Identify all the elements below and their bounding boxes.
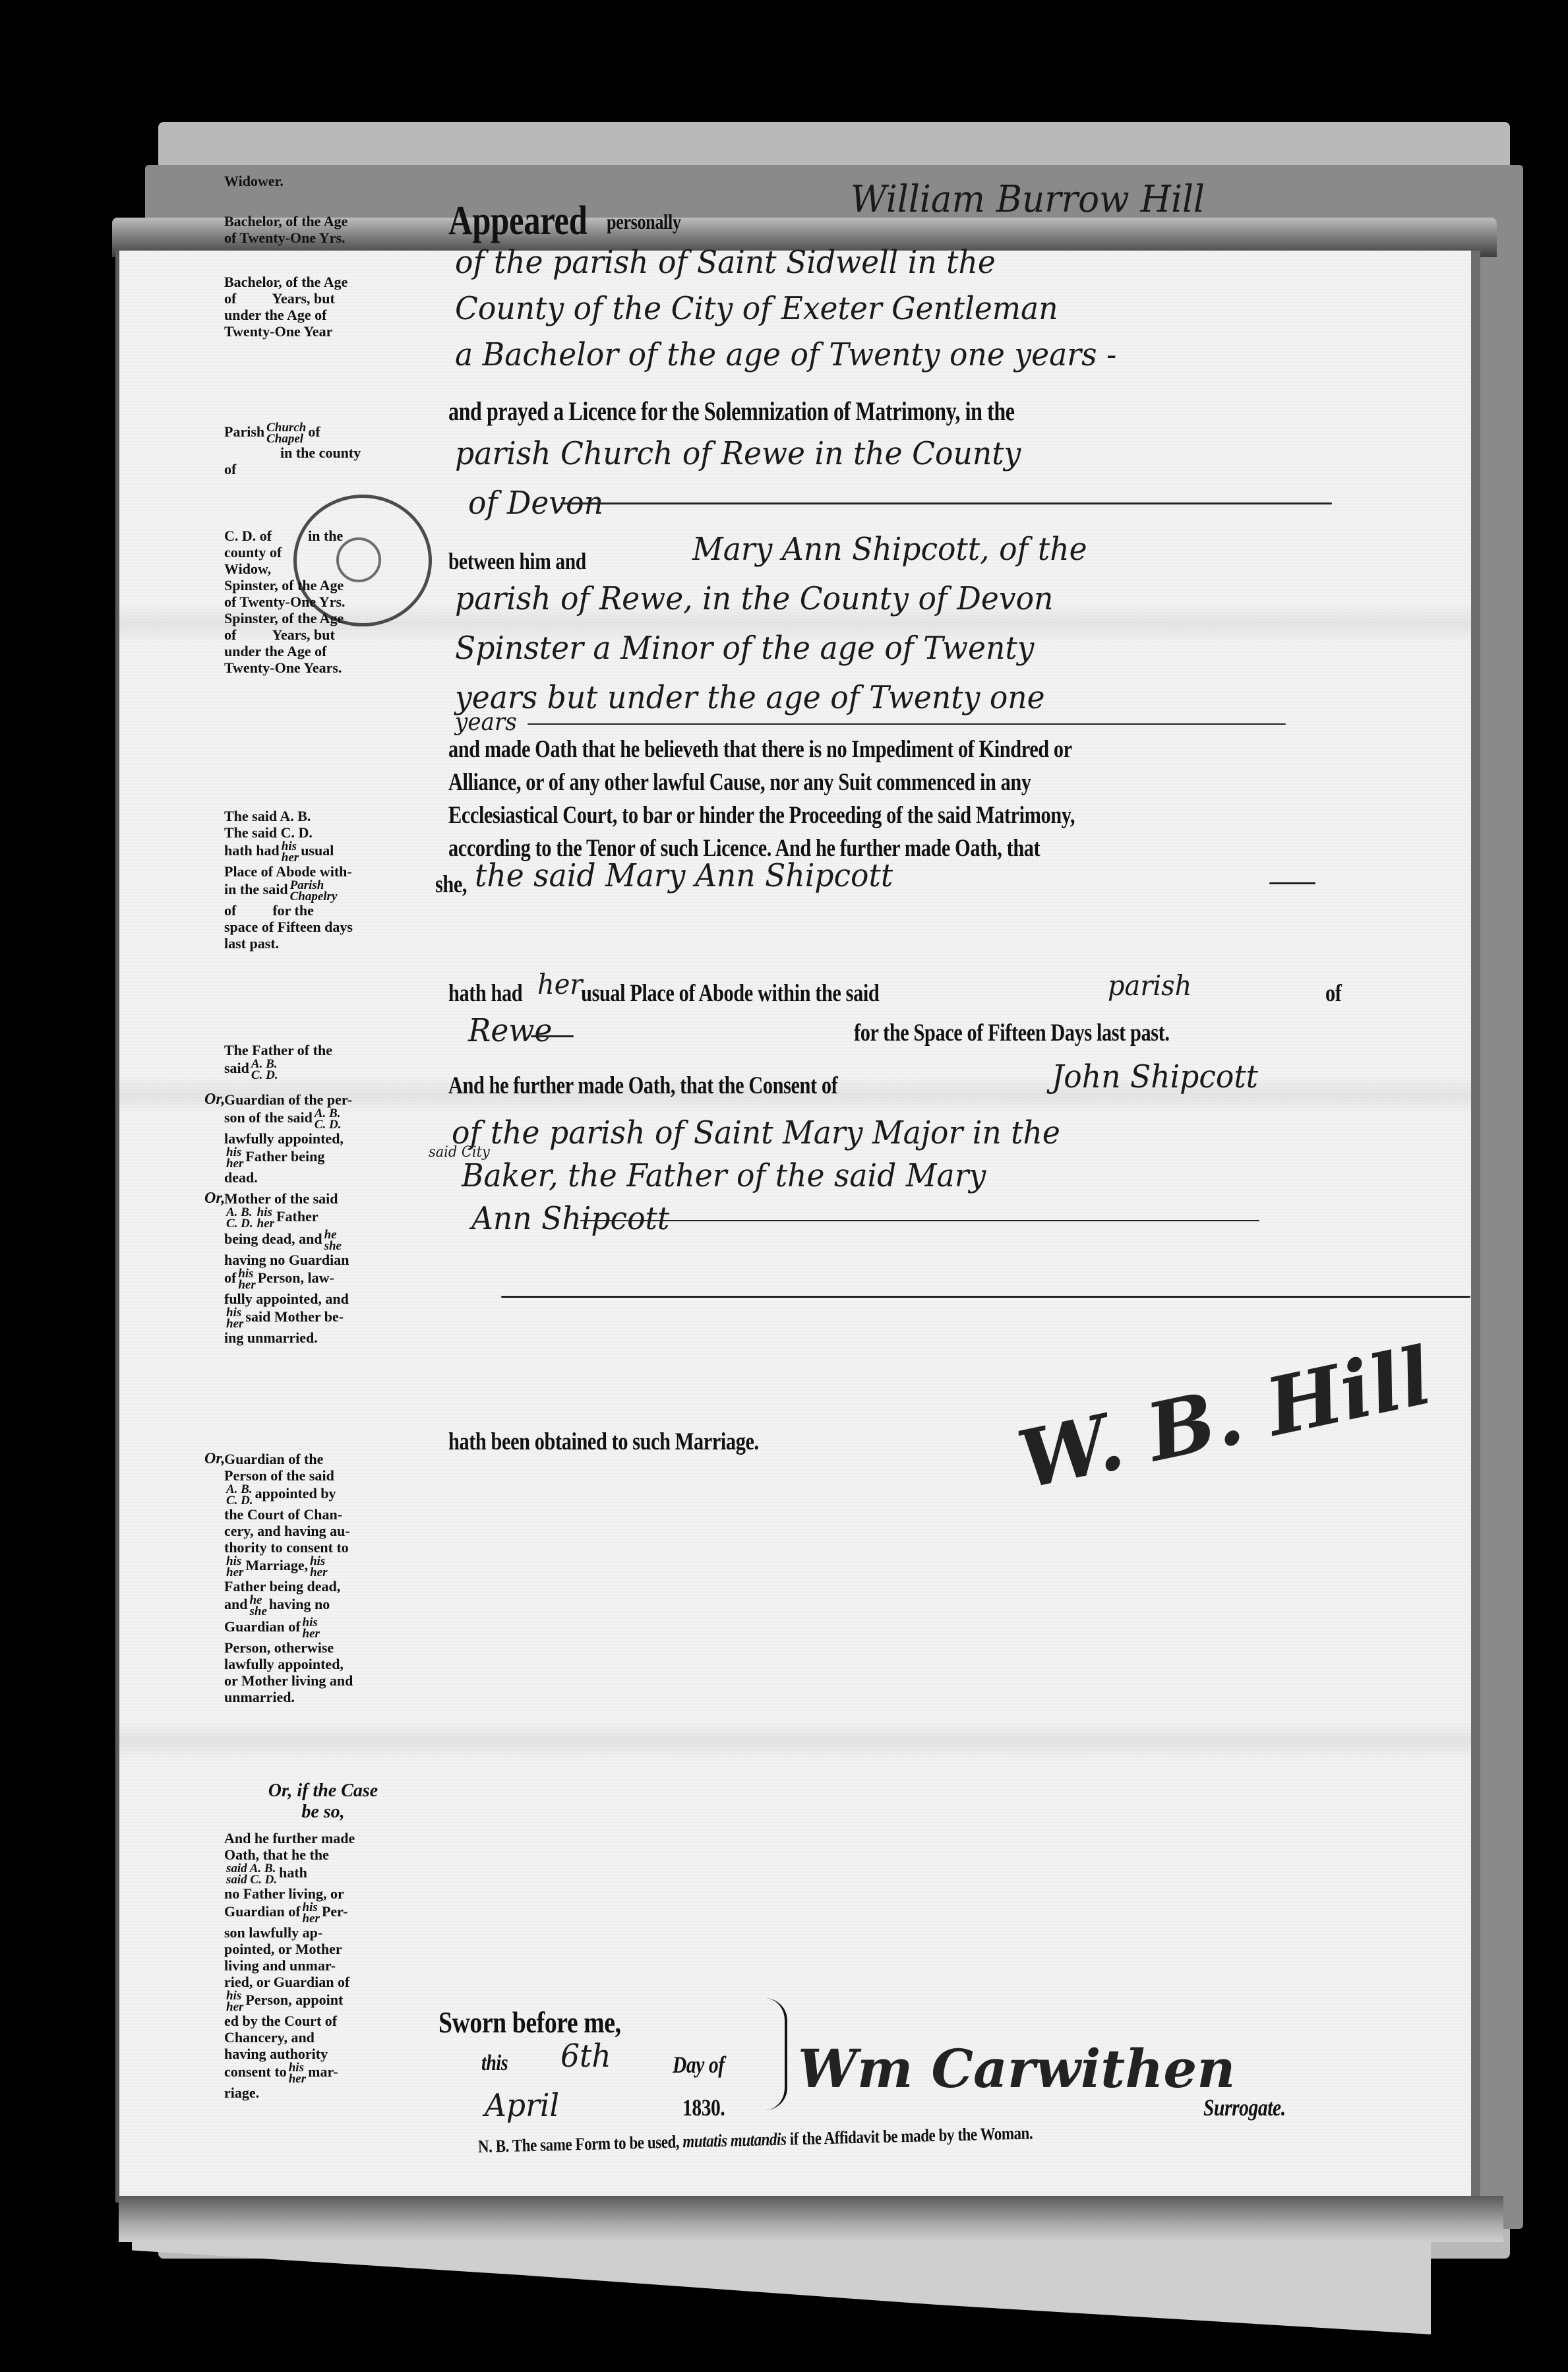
margin-text: And he further made bbox=[224, 1830, 422, 1846]
margin-text: Widow, bbox=[224, 561, 422, 577]
margin-text: Marriage, bbox=[245, 1557, 308, 1573]
margin-text: The Father of the bbox=[224, 1042, 422, 1058]
margin-text: thority to consent to bbox=[224, 1539, 422, 1556]
margin-further-oath: And he further made Oath, that he the sa… bbox=[224, 1830, 422, 2101]
abode-mid-text: usual Place of Abode within the said bbox=[524, 980, 879, 1007]
personally-label: personally bbox=[607, 210, 681, 234]
oath-line-3: Ecclesiastical Court, to bar or hinder t… bbox=[448, 801, 1075, 830]
blank-fill-line bbox=[531, 1035, 574, 1037]
or-label: Or, bbox=[204, 1190, 225, 1207]
margin-text: of Years, but bbox=[224, 626, 422, 643]
option-her: her bbox=[238, 1279, 255, 1291]
nb-text: N. B. The same Form to be used, bbox=[478, 2131, 680, 2156]
option-her: her bbox=[257, 1218, 274, 1229]
bride-line-3: Spinster a Minor of the age of Twenty bbox=[455, 630, 1034, 667]
consent-prefix: And he further made Oath, that the Conse… bbox=[448, 1072, 837, 1100]
margin-text: Bachelor, of the Age bbox=[224, 213, 422, 229]
margin-text: Guardian of the bbox=[224, 1451, 422, 1467]
margin-text: Father bbox=[276, 1208, 318, 1225]
margin-text: usual bbox=[301, 842, 334, 859]
margin-text: Twenty-One Year bbox=[224, 323, 422, 340]
margin-bachelor-21: Bachelor, of the Age of Twenty-One Yrs. bbox=[224, 213, 422, 246]
church-line-1: parish Church of Rewe in the County bbox=[455, 435, 1021, 472]
margin-text: Place of Abode with- bbox=[224, 863, 422, 880]
consent-line-3: Baker, the Father of the said Mary bbox=[462, 1157, 986, 1194]
margin-text: space of Fifteen days bbox=[224, 919, 422, 935]
margin-text: Person, otherwise bbox=[224, 1639, 422, 1656]
margin-text: Bachelor, of the Age bbox=[224, 274, 422, 290]
abode-parish: parish bbox=[1108, 969, 1191, 1002]
option-she: she bbox=[249, 1606, 266, 1617]
abode-place: Rewe bbox=[468, 1012, 552, 1049]
consent-father-name: John Shipcott bbox=[1052, 1058, 1258, 1095]
margin-father: The Father of the saidA. B.C. D. bbox=[224, 1042, 422, 1081]
margin-text: Person, law- bbox=[258, 1269, 334, 1286]
margin-text: Or, if the Case bbox=[224, 1780, 422, 1802]
abode-post: for the Space of Fifteen Days last past. bbox=[854, 1019, 1170, 1047]
margin-text: having no Guardian bbox=[224, 1252, 422, 1268]
option-her: her bbox=[226, 1158, 243, 1169]
margin-text: or Mother living and bbox=[224, 1672, 422, 1689]
option-her: her bbox=[226, 1567, 243, 1578]
margin-text: having authority bbox=[224, 2046, 422, 2062]
consent-line-2: of the parish of Saint Mary Major in the bbox=[452, 1114, 1060, 1151]
bride-line-4: years but under the age of Twenty one bbox=[455, 679, 1045, 716]
groom-name: William Burrow Hill bbox=[851, 178, 1205, 221]
margin-text: cery, and having au- bbox=[224, 1523, 422, 1539]
margin-text: of bbox=[308, 423, 320, 440]
margin-text: Parish bbox=[224, 423, 264, 440]
margin-parish: ParishChurchChapelof in the county of bbox=[224, 422, 422, 477]
option-cd: C. D. bbox=[251, 1070, 278, 1081]
or-label: Or, bbox=[204, 1451, 225, 1467]
groom-line-2: of the parish of Saint Sidwell in the bbox=[455, 244, 996, 281]
option-chapel: Chapel bbox=[266, 433, 306, 444]
margin-text: son of the said bbox=[224, 1109, 313, 1126]
page-bottom-edge bbox=[119, 2196, 1503, 2242]
margin-text: be so, bbox=[224, 1802, 422, 1823]
margin-text: under the Age of bbox=[224, 307, 422, 323]
option-cd: C. D. bbox=[226, 1218, 253, 1229]
margin-text: C. D. of in the bbox=[224, 528, 422, 544]
margin-text: The said A. B. bbox=[224, 808, 422, 824]
margin-text: Guardian of bbox=[224, 1618, 301, 1635]
bride-line-2: parish of Rewe, in the County of Devon bbox=[455, 580, 1053, 617]
margin-text: pointed, or Mother bbox=[224, 1941, 422, 1957]
margin-text: Per- bbox=[322, 1903, 347, 1920]
blank-fill-line bbox=[580, 1220, 1259, 1221]
margin-text: ed by the Court of bbox=[224, 2013, 422, 2029]
margin-text: ing unmarried. bbox=[224, 1329, 422, 1346]
margin-text: consent to bbox=[224, 2063, 287, 2080]
abode-prefix: hath had bbox=[448, 979, 522, 1008]
groom-line-4: a Bachelor of the age of Twenty one year… bbox=[455, 336, 1116, 373]
page-bottom-flap bbox=[132, 2235, 1431, 2334]
margin-text: dead. bbox=[224, 1169, 422, 1186]
nb-italic-text: mutatis mutandis bbox=[682, 2129, 787, 2151]
margin-text: Oath, that he the bbox=[224, 1846, 422, 1863]
this-label: this bbox=[481, 2051, 508, 2076]
option-cd: C. D. bbox=[315, 1119, 342, 1130]
fold-line bbox=[119, 1721, 1471, 1761]
margin-guardian-2: Or, Guardian of the Person of the said A… bbox=[224, 1451, 422, 1705]
option-said-cd: said C. D. bbox=[226, 1874, 277, 1885]
margin-text: having no bbox=[269, 1596, 330, 1612]
abode-of: of bbox=[1325, 979, 1341, 1008]
margin-text: fully appointed, and bbox=[224, 1291, 422, 1307]
margin-cd: C. D. of in the county of Widow, Spinste… bbox=[224, 528, 422, 676]
day-of-label: Day of bbox=[673, 2051, 725, 2079]
oath-line-1: and made Oath that he believeth that the… bbox=[448, 735, 1072, 764]
obtained-text: hath been obtained to such Marriage. bbox=[448, 1428, 759, 1456]
option-her: her bbox=[289, 2073, 306, 2084]
curly-brace bbox=[765, 1998, 787, 2110]
margin-text: of Twenty-One Yrs. bbox=[224, 229, 422, 246]
margin-text: of bbox=[224, 1269, 236, 1286]
margin-text: Chancery, and bbox=[224, 2029, 422, 2046]
option-cd: C. D. bbox=[226, 1495, 253, 1506]
margin-text: unmarried. bbox=[224, 1689, 422, 1705]
blank-fill-line bbox=[1269, 882, 1315, 884]
margin-text: riage. bbox=[224, 2084, 422, 2101]
margin-text: said bbox=[224, 1060, 249, 1076]
margin-if-case: Or, if the Case be so, bbox=[224, 1780, 422, 1823]
margin-text: Mother of the said bbox=[224, 1190, 422, 1207]
margin-bachelor-minor: Bachelor, of the Age of Years, but under… bbox=[224, 274, 422, 340]
blank-fill-line bbox=[560, 502, 1332, 504]
margin-text: lawfully appointed, bbox=[224, 1656, 422, 1672]
she-prefix: she, bbox=[435, 870, 467, 899]
margin-text: Spinster, of the Age bbox=[224, 577, 422, 593]
bride-line-5: years bbox=[455, 709, 517, 736]
margin-text: and bbox=[224, 1596, 247, 1612]
margin-text: in the county bbox=[224, 444, 422, 461]
margin-text: the Court of Chan- bbox=[224, 1506, 422, 1523]
margin-text: appointed by bbox=[255, 1485, 336, 1502]
margin-text: lawfully appointed, bbox=[224, 1130, 422, 1147]
margin-text: Person, appoint bbox=[245, 1992, 343, 2008]
sworn-heading: Sworn before me, bbox=[438, 2005, 621, 2040]
surrogate-signature: Wm Carwithen bbox=[798, 2038, 1235, 2100]
margin-guardian-1: Or, Guardian of the per- son of the said… bbox=[224, 1091, 422, 1186]
margin-text: son lawfully ap- bbox=[224, 1924, 422, 1941]
option-her: her bbox=[226, 1318, 243, 1329]
prayed-licence-text: and prayed a Licence for the Solemnizati… bbox=[448, 396, 1015, 427]
margin-text: Father being dead, bbox=[224, 1578, 422, 1595]
margin-widower: Widower. bbox=[224, 173, 422, 189]
margin-text: being dead, and bbox=[224, 1231, 322, 1247]
margin-text: of for the bbox=[224, 902, 422, 919]
bride-name: Mary Ann Shipcott, of the bbox=[692, 531, 1087, 568]
margin-text: Spinster, of the Age bbox=[224, 610, 422, 626]
day-hand: 6th bbox=[560, 2038, 611, 2075]
option-chapelry: Chapelry bbox=[290, 891, 338, 902]
margin-mother: Or, Mother of the said A. B.C. D.hisherF… bbox=[224, 1190, 422, 1346]
margin-text: county of bbox=[224, 544, 422, 561]
option-her: her bbox=[226, 2001, 243, 2013]
margin-text: in the said bbox=[224, 881, 288, 897]
she-hand: the said Mary Ann Shipcott bbox=[475, 857, 893, 894]
margin-text: Father being bbox=[245, 1148, 324, 1165]
margin-text: Widower. bbox=[224, 173, 422, 189]
margin-text: of Twenty-One Yrs. bbox=[224, 593, 422, 610]
between-label: between him and bbox=[448, 547, 586, 575]
blank-fill-line bbox=[501, 1296, 1470, 1298]
margin-text: said Mother be- bbox=[245, 1308, 344, 1325]
margin-text: last past. bbox=[224, 935, 422, 952]
option-her: her bbox=[310, 1567, 327, 1578]
margin-text: The said C. D. bbox=[224, 824, 422, 841]
abode-mid: usual Place of Abode within the said bbox=[524, 979, 879, 1008]
option-her: her bbox=[303, 1628, 320, 1639]
option-her: her bbox=[303, 1913, 320, 1924]
or-label: Or, bbox=[204, 1091, 225, 1108]
appeared-heading: Appeared bbox=[448, 198, 587, 245]
margin-text: Guardian of the per- bbox=[224, 1091, 422, 1108]
margin-text: hath bbox=[279, 1864, 307, 1881]
year: 1830. bbox=[682, 2094, 725, 2121]
margin-text: Person of the said bbox=[224, 1467, 422, 1484]
margin-text: under the Age of bbox=[224, 643, 422, 659]
margin-text: no Father living, or bbox=[224, 1885, 422, 1902]
margin-text: ried, or Guardian of bbox=[224, 1974, 422, 1990]
consent-line-4: Ann Shipcott bbox=[471, 1200, 669, 1237]
groom-line-3: County of the City of Exeter Gentleman bbox=[455, 290, 1058, 327]
option-she: she bbox=[324, 1240, 342, 1252]
surrogate-label: Surrogate. bbox=[1203, 2094, 1286, 2121]
margin-text: Twenty-One Years. bbox=[224, 659, 422, 676]
margin-text: hath had bbox=[224, 842, 280, 859]
margin-text: Guardian of bbox=[224, 1903, 301, 1920]
blank-fill-line bbox=[528, 723, 1286, 725]
margin-abode: The said A. B. The said C. D. hath hadhi… bbox=[224, 808, 422, 952]
margin-text: of Years, but bbox=[224, 290, 422, 307]
month-hand: April bbox=[485, 2087, 559, 2124]
oath-line-2: Alliance, or of any other lawful Cause, … bbox=[448, 768, 1031, 797]
margin-text: of bbox=[224, 461, 422, 477]
option-her: her bbox=[282, 852, 299, 863]
margin-text: living and unmar- bbox=[224, 1957, 422, 1974]
margin-text: mar- bbox=[308, 2063, 338, 2080]
